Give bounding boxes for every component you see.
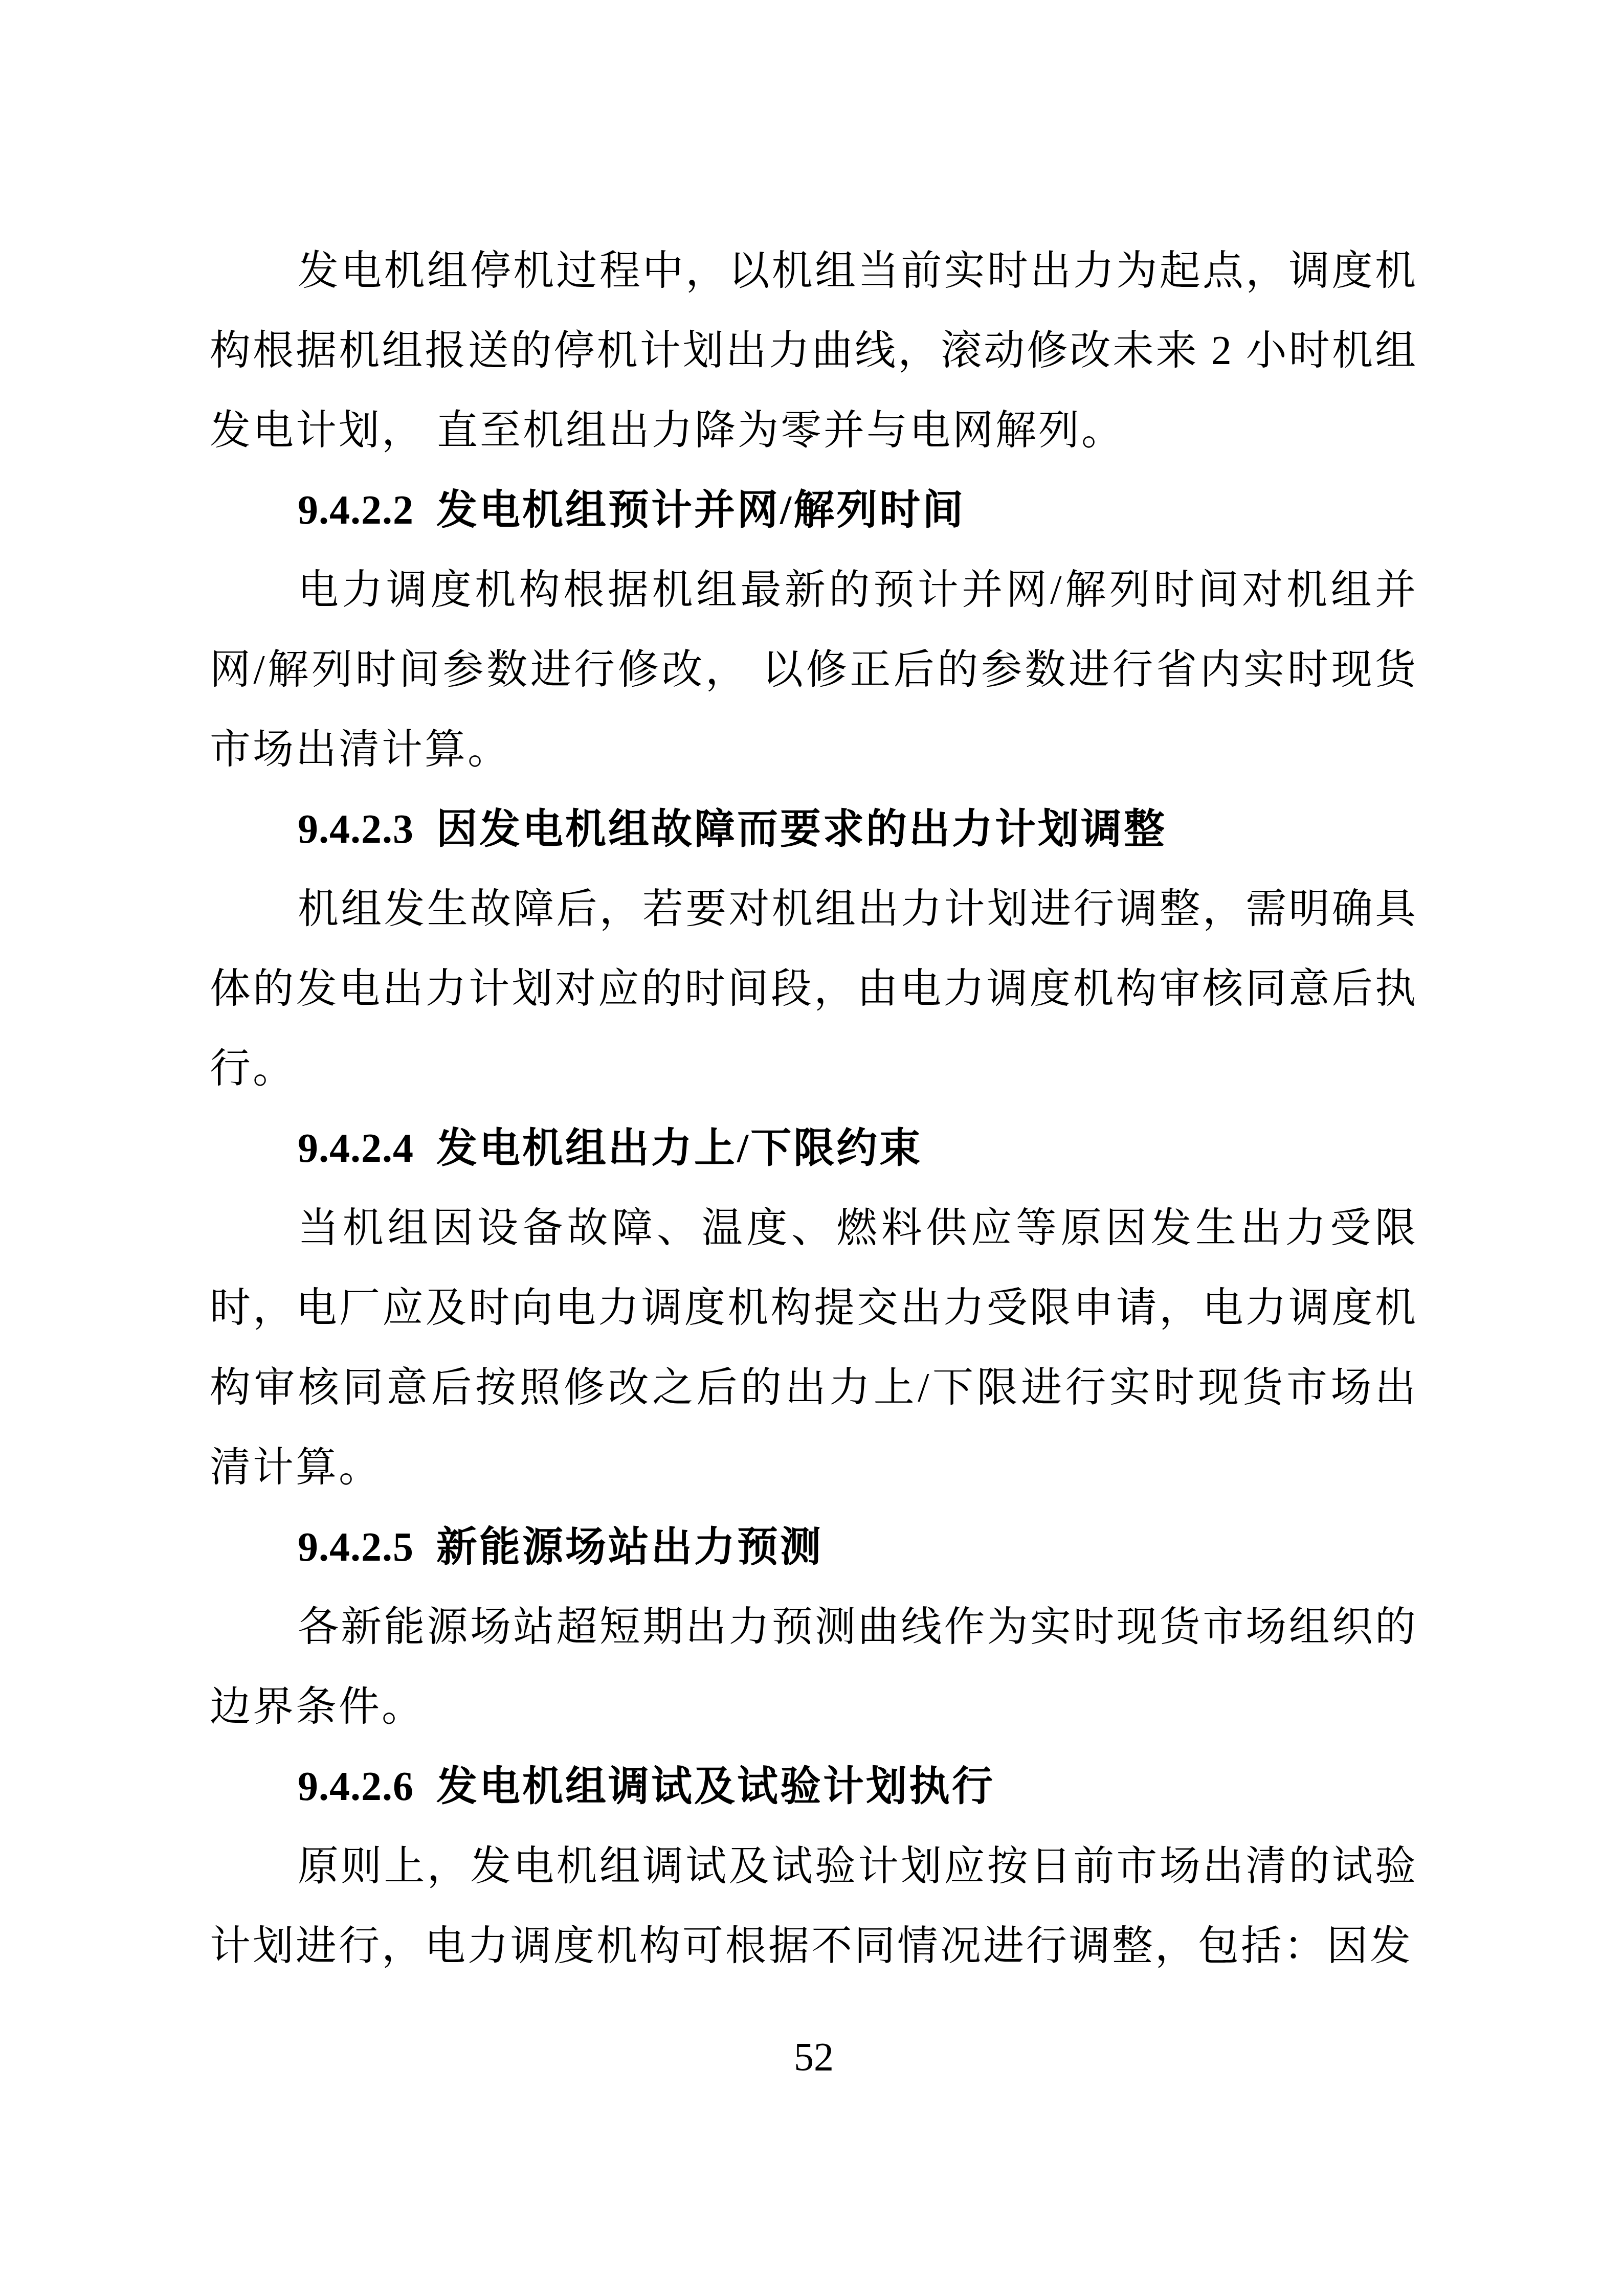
section-heading-9-4-2-2: 9.4.2.2发电机组预计并网/解列时间 — [210, 470, 1418, 550]
section-title: 发电机组预计并网/解列时间 — [436, 488, 965, 533]
section-title: 发电机组出力上/下限约束 — [436, 1126, 922, 1171]
section-heading-9-4-2-5: 9.4.2.5新能源场站出力预测 — [210, 1507, 1418, 1587]
document-body: 发电机组停机过程中，以机组当前实时出力为起点，调度机构根据机组报送的停机计划出力… — [210, 231, 1418, 1986]
section-title: 新能源场站出力预测 — [436, 1525, 823, 1570]
paragraph-renewable-forecast: 各新能源场站超短期出力预测曲线作为实时现货市场组织的边界条件。 — [210, 1587, 1418, 1747]
section-heading-9-4-2-4: 9.4.2.4发电机组出力上/下限约束 — [210, 1109, 1418, 1188]
section-number: 9.4.2.3 — [298, 807, 414, 852]
section-number: 9.4.2.5 — [298, 1525, 414, 1570]
paragraph-unit-fault-adjustment: 机组发生故障后，若要对机组出力计划进行调整，需明确具体的发电出力计划对应的时间段… — [210, 869, 1418, 1109]
paragraph-commissioning-test-plan: 原则上，发电机组调试及试验计划应按日前市场出清的试验计划进行，电力调度机构可根据… — [210, 1827, 1418, 1986]
section-heading-9-4-2-3: 9.4.2.3因发电机组故障而要求的出力计划调整 — [210, 790, 1418, 869]
page-number: 52 — [794, 2034, 834, 2079]
section-title: 因发电机组故障而要求的出力计划调整 — [436, 807, 1167, 852]
section-number: 9.4.2.6 — [298, 1764, 414, 1809]
section-number: 9.4.2.4 — [298, 1126, 414, 1171]
section-heading-9-4-2-6: 9.4.2.6发电机组调试及试验计划执行 — [210, 1747, 1418, 1827]
section-title: 发电机组调试及试验计划执行 — [436, 1764, 995, 1809]
section-number: 9.4.2.2 — [298, 488, 414, 533]
paragraph-grid-connection-time: 电力调度机构根据机组最新的预计并网/解列时间对机组并网/解列时间参数进行修改， … — [210, 550, 1418, 790]
page-footer: 52 — [210, 2026, 1418, 2087]
paragraph-shutdown-process: 发电机组停机过程中，以机组当前实时出力为起点，调度机构根据机组报送的停机计划出力… — [210, 231, 1418, 470]
paragraph-output-limit-constraint: 当机组因设备故障、温度、燃料供应等原因发生出力受限时，电厂应及时向电力调度机构提… — [210, 1188, 1418, 1507]
document-page: 发电机组停机过程中，以机组当前实时出力为起点，调度机构根据机组报送的停机计划出力… — [0, 0, 1624, 2296]
